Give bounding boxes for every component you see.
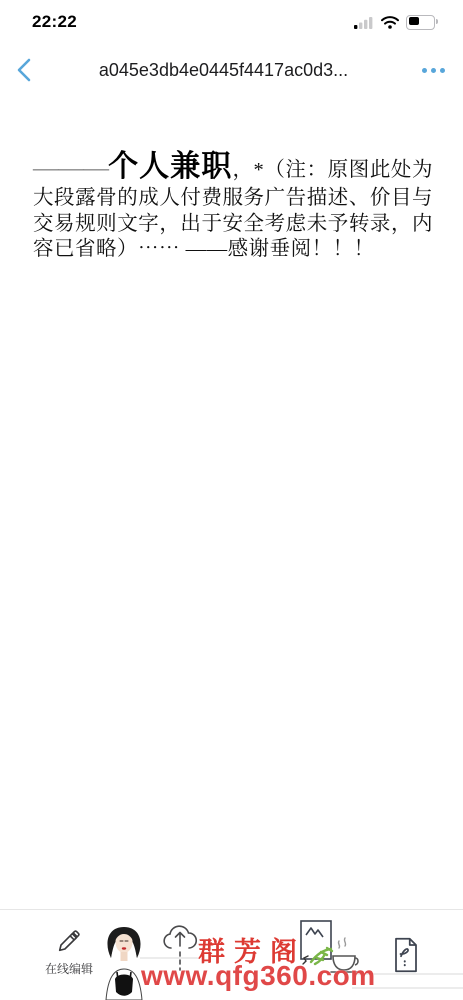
leading-dashes: ——— bbox=[33, 153, 108, 182]
upload-button[interactable] bbox=[158, 922, 202, 974]
online-edit-button[interactable]: 在线编辑 bbox=[34, 928, 104, 977]
document-paragraph: ———个人兼职，*（注：原图此处为大段露骨的成人付费服务广告描述、价目与交易规则… bbox=[33, 148, 433, 263]
pdf-file-icon bbox=[391, 936, 421, 974]
document-heading: 个人兼职 bbox=[108, 150, 232, 183]
status-time: 22:22 bbox=[28, 12, 77, 32]
pdf-export-button[interactable] bbox=[386, 936, 426, 974]
more-options-button[interactable] bbox=[405, 68, 447, 73]
page-title: a045e3db4e0445f4417ac0d3... bbox=[42, 60, 405, 81]
phone-screen: 22:22 a045e3db4e0445f4417ac0d bbox=[0, 0, 463, 1000]
chevron-left-icon bbox=[16, 57, 32, 83]
document-viewer[interactable]: ———个人兼职，*（注：原图此处为大段露骨的成人付费服务广告描述、价目与交易规则… bbox=[0, 96, 463, 910]
nav-bar: a045e3db4e0445f4417ac0d3... bbox=[0, 44, 463, 96]
battery-icon bbox=[406, 15, 435, 30]
bottom-toolbar: 在线编辑 bbox=[0, 909, 463, 1000]
ellipsis-icon bbox=[422, 68, 427, 73]
cloud-upload-icon bbox=[159, 922, 201, 974]
pencil-icon bbox=[56, 928, 82, 954]
cellular-signal-icon bbox=[354, 16, 374, 29]
back-button[interactable] bbox=[16, 55, 42, 85]
wifi-icon bbox=[381, 16, 399, 29]
status-icons bbox=[354, 15, 435, 30]
status-bar: 22:22 bbox=[0, 0, 463, 44]
online-edit-label: 在线编辑 bbox=[45, 960, 93, 977]
